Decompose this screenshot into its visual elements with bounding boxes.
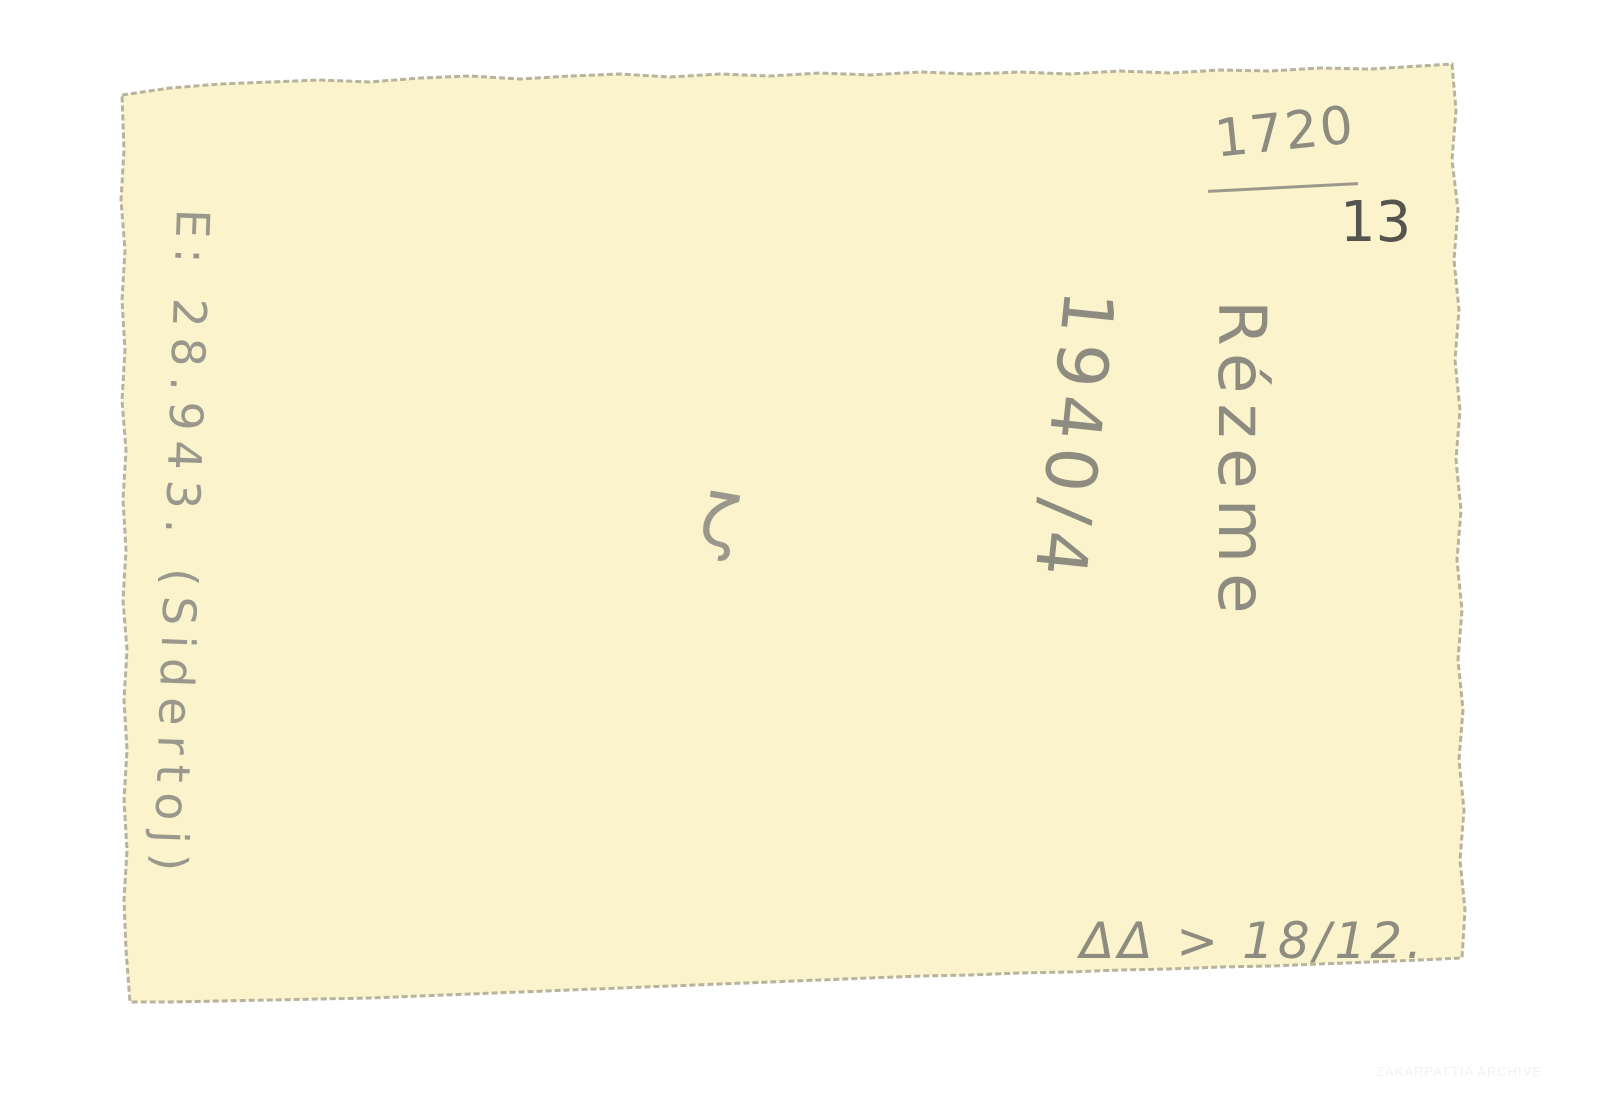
location-annotation: Rézeme [1203,300,1280,624]
watermark: ZAKARPATTIA ARCHIVE [1376,1064,1542,1079]
reference-annotation: ΔΔ > 18/12. [1080,912,1426,970]
catalog-number-bottom: 13 [1340,190,1411,255]
photo-back: 1720 13 Rézeme 1940/4 ζ ΔΔ > 18/12. E: 2… [0,0,1600,1119]
